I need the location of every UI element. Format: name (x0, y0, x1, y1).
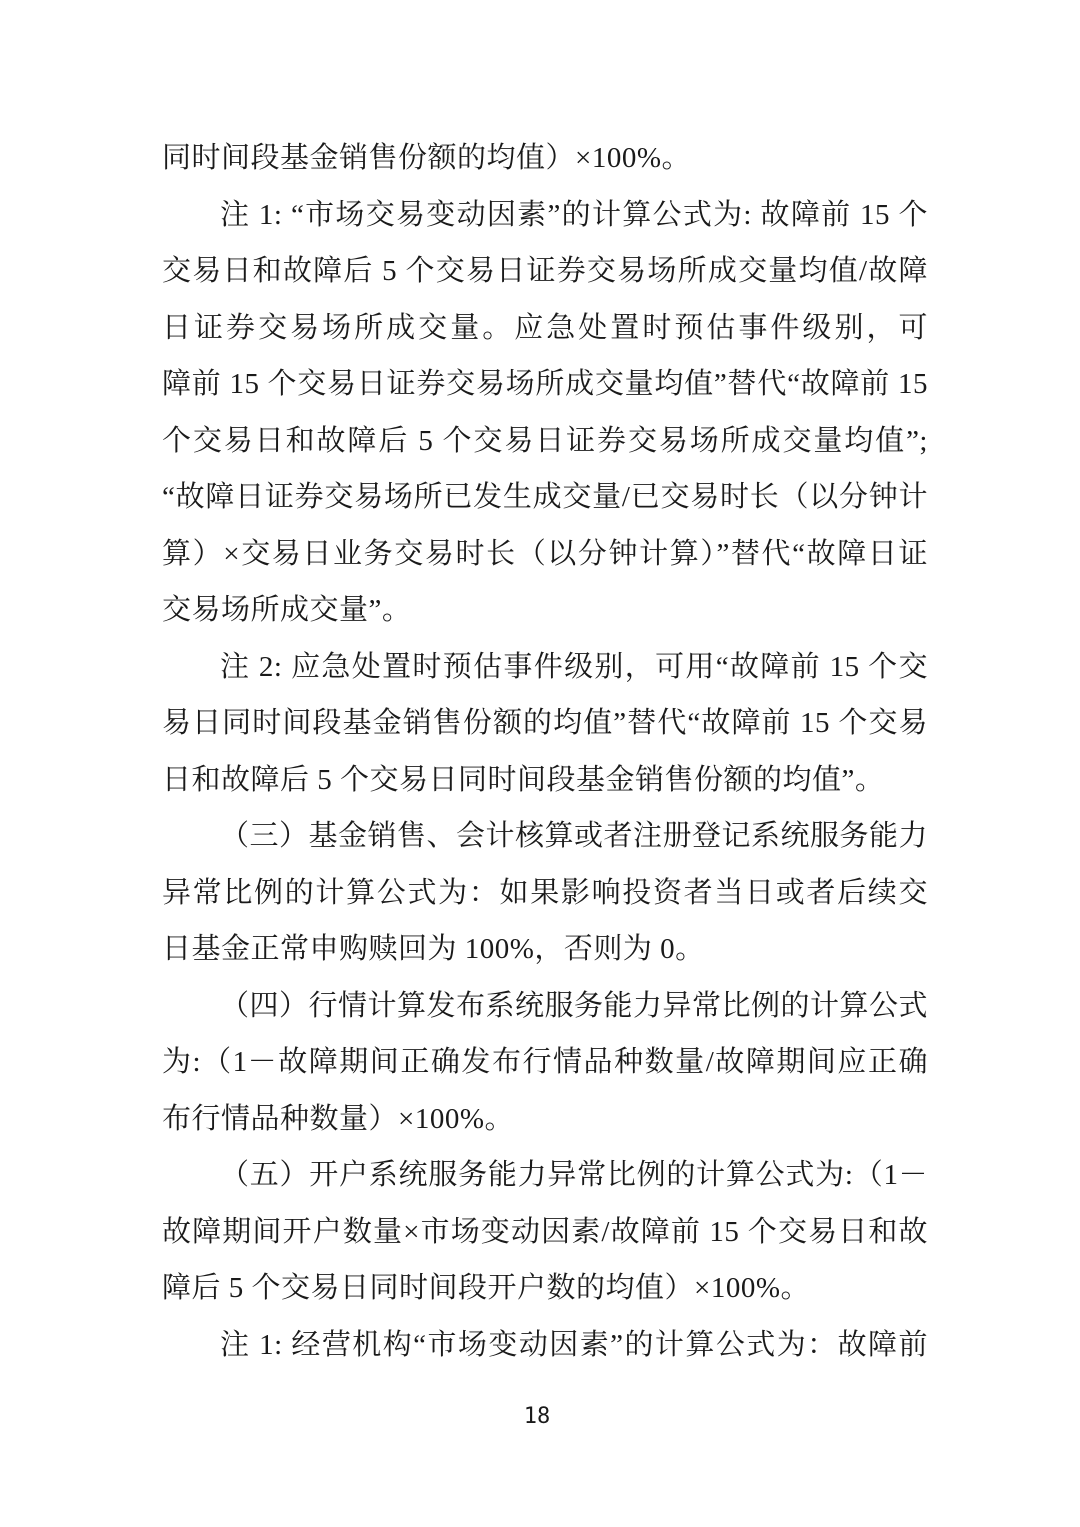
text-line: 布行情品种数量）×100%。 (162, 1091, 928, 1148)
text-line: 算）×交易日业务交易时长（以分钟计算）”替代“故障日证券 (162, 526, 928, 583)
text-line: 日基金正常申购赎回为 100%，否则为 0。 (162, 921, 928, 978)
text-content: 同时间段基金销售份额的均值）×100%。 注 1: “市场交易变动因素”的计算公… (162, 130, 928, 1373)
text-line: 易日同时间段基金销售份额的均值”替代“故障前 15 个交易 (162, 695, 928, 752)
text-line: 注 1: 经营机构“市场变动因素”的计算公式为：故障前 (162, 1317, 928, 1374)
text-line: （三）基金销售、会计核算或者注册登记系统服务能力 (162, 808, 928, 865)
text-line: （五）开户系统服务能力异常比例的计算公式为:（1－ (162, 1147, 928, 1204)
page-number: 18 (0, 1404, 1074, 1429)
text-line: 交易日和故障后 5 个交易日证券交易场所成交量均值/故障 (162, 243, 928, 300)
text-line: 障前 15 个交易日证券交易场所成交量均值”替代“故障前 15 (162, 356, 928, 413)
document-page: 同时间段基金销售份额的均值）×100%。 注 1: “市场交易变动因素”的计算公… (0, 0, 1080, 1527)
text-line: 日和故障后 5 个交易日同时间段基金销售份额的均值”。 (162, 752, 928, 809)
text-line: 同时间段基金销售份额的均值）×100%。 (162, 130, 928, 187)
text-line: 故障期间开户数量×市场变动因素/故障前 15 个交易日和故 (162, 1204, 928, 1261)
text-line: 个交易日和故障后 5 个交易日证券交易场所成交量均值”; 用 (162, 413, 928, 470)
text-line: 注 1: “市场交易变动因素”的计算公式为: 故障前 15 个 (162, 187, 928, 244)
text-line: 障后 5 个交易日同时间段开户数的均值）×100%。 (162, 1260, 928, 1317)
text-line: 日证券交易场所成交量。应急处置时预估事件级别，可用“故 (162, 300, 928, 357)
text-line: （四）行情计算发布系统服务能力异常比例的计算公式 (162, 978, 928, 1035)
text-line: “故障日证券交易场所已发生成交量/已交易时长（以分钟计 (162, 469, 928, 526)
text-line: 交易场所成交量”。 (162, 582, 928, 639)
text-line: 注 2: 应急处置时预估事件级别，可用“故障前 15 个交 (162, 639, 928, 696)
text-line: 异常比例的计算公式为：如果影响投资者当日或者后续交易 (162, 865, 928, 922)
text-line: 为:（1－故障期间正确发布行情品种数量/故障期间应正确发 (162, 1034, 928, 1091)
